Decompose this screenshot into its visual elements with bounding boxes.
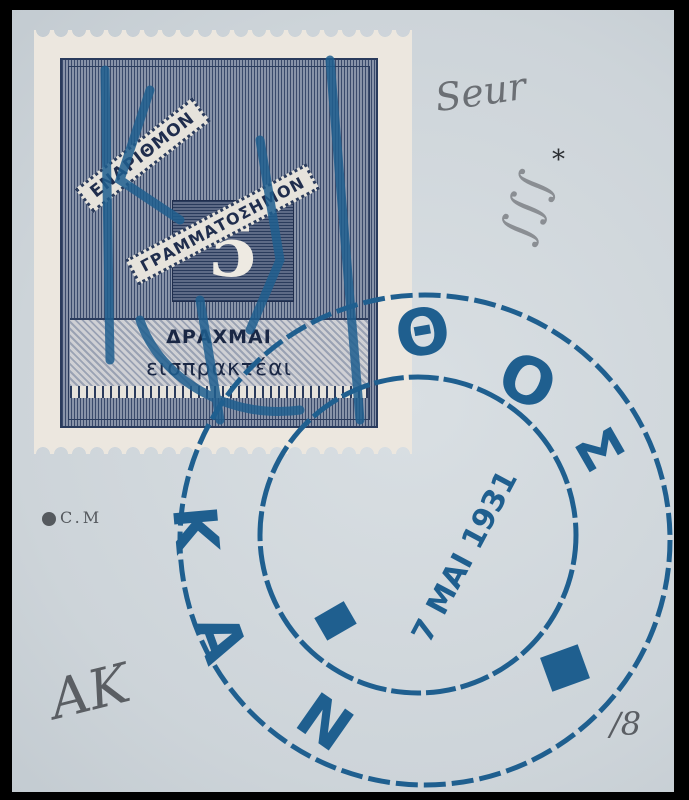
meander-border — [70, 386, 368, 398]
label-panel: ΔΡΑΧΜΑΙ εισπρακτέαι — [70, 318, 368, 398]
inscription-label: εισπρακτέαι — [70, 356, 368, 381]
expertizer-text: C.M — [60, 508, 102, 527]
expertizer-dot-icon — [42, 512, 56, 526]
asterisk-mark: * — [552, 145, 565, 175]
pencil-note-bottom-right: /8 — [610, 705, 641, 743]
currency-label: ΔΡΑΧΜΑΙ — [70, 326, 368, 348]
stamp-design: 5 ΕΝΑΡΙΘΜΟΝ ΓΡΑΜΜΑΤΟΣΗΜΟΝ ΔΡΑΧΜΑΙ εισπρα… — [60, 58, 378, 428]
expertizer-mark: C.M — [42, 508, 102, 527]
